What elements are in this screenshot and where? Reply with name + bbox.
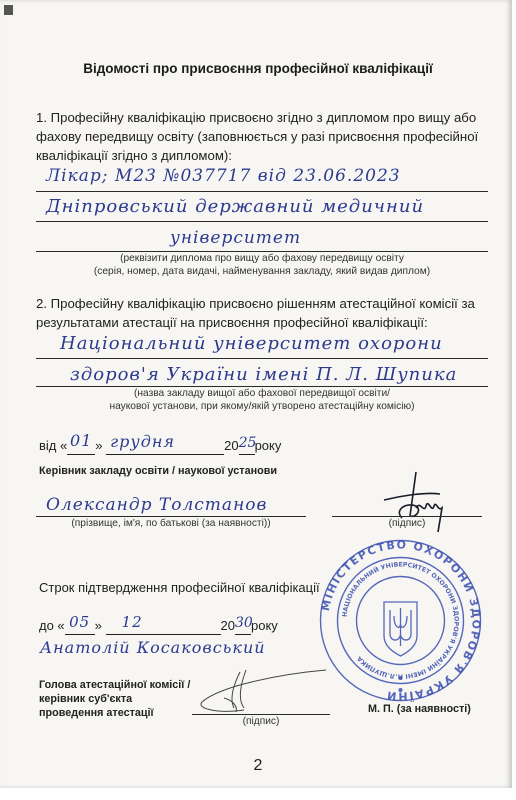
- year-prefix: 20: [224, 438, 238, 453]
- decision-month: грудня: [110, 432, 175, 451]
- decision-year: 25: [239, 435, 257, 451]
- commission-institution-handwritten-2: здоров'я України імені П. Л. Шупика: [70, 364, 457, 385]
- commission-line-2: [36, 386, 488, 387]
- validity-day: 05: [69, 613, 90, 631]
- validity-month: 12: [122, 613, 143, 631]
- year-prefix: 20: [221, 618, 235, 633]
- validity-date: до «05» 122030року: [39, 616, 278, 635]
- diploma-details-handwritten: Лікар; М23 №037717 від 23.06.2023: [46, 166, 401, 186]
- year-suffix: року: [255, 438, 282, 453]
- scan-marker: [4, 5, 13, 15]
- chair-label: Голова атестаційної комісії / керівник с…: [39, 678, 190, 720]
- validity-year: 30: [235, 615, 253, 631]
- chair-label-line: проведення атестації: [39, 706, 190, 720]
- trident-emblem-icon: [384, 602, 417, 656]
- date-prefix: від «: [39, 438, 67, 453]
- diploma-caption-2: (серія, номер, дата видачі, найменування…: [36, 266, 488, 277]
- date-prefix: до «: [39, 618, 65, 633]
- head-name-caption: (прізвище, ім'я, по батькові (за наявнос…: [36, 518, 306, 529]
- chair-label-line: керівник суб'єкта: [39, 692, 190, 706]
- validity-label: Строк підтвердження професійної кваліфік…: [39, 580, 320, 595]
- page-title: Відомості про присвоєння професійної ква…: [0, 61, 516, 76]
- chair-signature: [180, 668, 330, 718]
- diploma-line-3: [36, 251, 488, 252]
- commission-line-1: [36, 358, 488, 359]
- seal-label: М. П. (за наявності): [368, 703, 471, 715]
- chair-signature-line: [192, 714, 330, 715]
- commission-caption-2: наукової установи, при якому/якій утворе…: [36, 401, 488, 412]
- head-of-institution-label: Керівник закладу освіти / наукової устан…: [39, 465, 277, 477]
- official-stamp: МІНІСТЕРСТВО ОХОРОНИ ЗДОРОВ'Я УКРАЇНИ НА…: [318, 538, 483, 703]
- date-mid: »: [95, 618, 102, 633]
- diploma-institution-handwritten-2: університет: [170, 228, 301, 248]
- document-page: Відомості про присвоєння професійної ква…: [0, 0, 512, 788]
- chair-signature-caption: (підпис): [192, 716, 330, 727]
- head-signature-line: [332, 516, 482, 517]
- chair-label-line: Голова атестаційної комісії /: [39, 678, 190, 692]
- commission-caption-1: (назва закладу вищої або фахової передви…: [36, 388, 488, 399]
- decision-date: від «01» грудня2025року: [39, 435, 281, 455]
- section2-text: 2. Професійну кваліфікацію присвоєно ріш…: [36, 294, 496, 332]
- year-suffix: року: [251, 618, 278, 633]
- head-signature-caption: (підпис): [332, 518, 482, 529]
- diploma-line-1: [36, 191, 488, 192]
- diploma-caption-1: (реквізити диплома про вищу або фахову п…: [36, 253, 488, 264]
- head-name-handwritten: Олександр Толстанов: [46, 495, 267, 515]
- section1-text: 1. Професійну кваліфікацію присвоєно згі…: [36, 108, 486, 165]
- date-mid: »: [95, 438, 102, 453]
- decision-day: 01: [70, 431, 92, 450]
- diploma-institution-handwritten-1: Дніпровський державний медичний: [46, 196, 424, 217]
- head-name-line: [36, 516, 306, 517]
- page-number: 2: [0, 757, 516, 775]
- commission-institution-handwritten-1: Національний університет охорони: [60, 333, 443, 354]
- chair-name-handwritten: Анатолій Косаковський: [40, 638, 266, 657]
- diploma-line-2: [36, 221, 488, 222]
